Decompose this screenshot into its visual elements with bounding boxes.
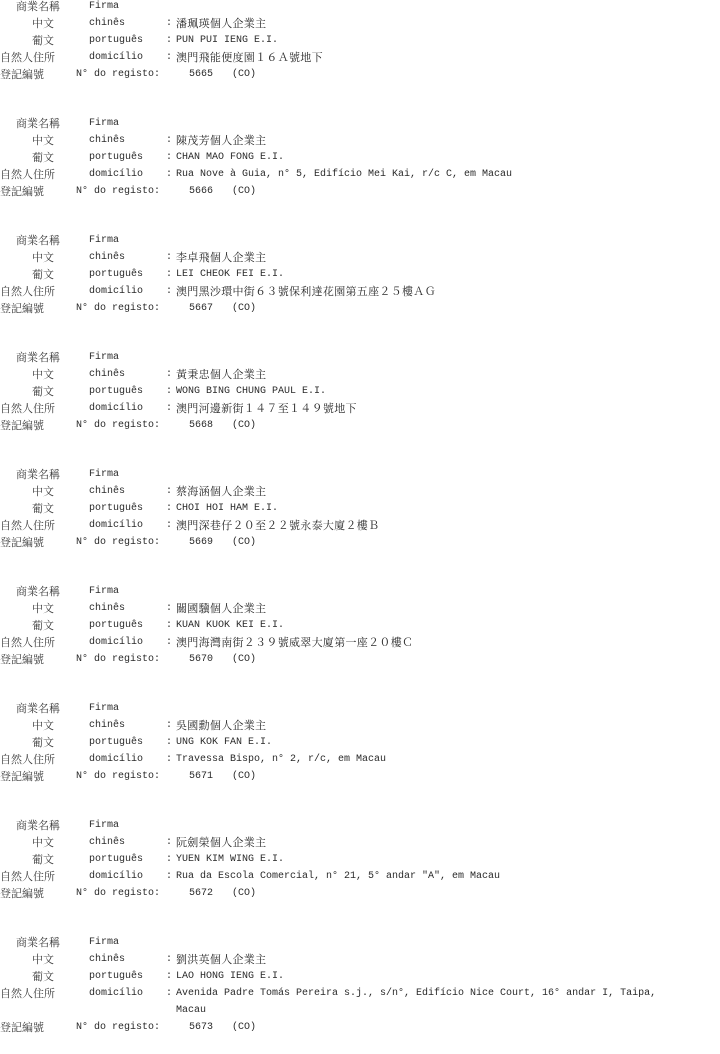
registration-row: 登記編號N° do registo:5666(CO)	[0, 185, 720, 202]
colon: :	[166, 285, 172, 299]
registration-label-zh: 登記編號	[0, 536, 44, 550]
registration-number: 5670	[189, 653, 213, 667]
domicile-label-pt: domicílio	[89, 402, 143, 416]
registration-label-pt: N° do registo:	[76, 653, 160, 667]
registration-suffix: (CO)	[232, 536, 256, 550]
firma-label-pt: Firma	[89, 234, 119, 248]
chinese-label-zh: 中文	[32, 719, 54, 733]
colon: :	[166, 602, 172, 616]
domicile-continuation-value: Macau	[176, 1004, 206, 1018]
registration-label-pt: N° do registo:	[76, 1021, 160, 1035]
registration-suffix: (CO)	[232, 653, 256, 667]
domicile-value: 澳門海灣南街２３９號威翠大廈第一座２０樓Ｃ	[176, 636, 413, 650]
portuguese-name-value: LEI CHEOK FEI E.I.	[176, 268, 284, 282]
portuguese-label-pt: português	[89, 268, 143, 282]
firma-label-pt: Firma	[89, 585, 119, 599]
chinese-name-value: 劉洪英個人企業主	[176, 953, 266, 967]
domicile-label-zh: 自然人住所	[0, 987, 55, 1001]
portuguese-name-value: KUAN KUOK KEI E.I.	[176, 619, 284, 633]
portuguese-label-pt: português	[89, 736, 143, 750]
registration-suffix: (CO)	[232, 770, 256, 784]
chinese-name-value: 蔡海涵個人企業主	[176, 485, 266, 499]
chinese-label-zh: 中文	[32, 134, 54, 148]
registration-number: 5672	[189, 887, 213, 901]
colon: :	[166, 619, 172, 633]
domicile-row: 自然人住所domicílio:Rua Nove à Guia, n° 5, Ed…	[0, 168, 720, 185]
domicile-row: 自然人住所domicílio:Avenida Padre Tomás Perei…	[0, 987, 720, 1004]
registration-label-zh: 登記編號	[0, 185, 44, 199]
chinese-label-pt: chinês	[89, 368, 125, 382]
firma-row: 商業名稱Firma	[0, 468, 720, 485]
portuguese-name-row: 葡文português:CHOI HOI HAM E.I.	[0, 502, 720, 519]
registration-label-zh: 登記編號	[0, 302, 44, 316]
registration-number: 5665	[189, 68, 213, 82]
portuguese-label-pt: português	[89, 619, 143, 633]
chinese-name-value: 關國驥個人企業主	[176, 602, 266, 616]
chinese-label-pt: chinês	[89, 251, 125, 265]
registration-label-pt: N° do registo:	[76, 887, 160, 901]
firma-row: 商業名稱Firma	[0, 117, 720, 134]
domicile-label-zh: 自然人住所	[0, 51, 55, 65]
portuguese-label-pt: português	[89, 502, 143, 516]
registration-row: 登記編號N° do registo:5669(CO)	[0, 536, 720, 553]
chinese-name-row: 中文chinês:阮劍榮個人企業主	[0, 836, 720, 853]
portuguese-name-row: 葡文português:KUAN KUOK KEI E.I.	[0, 619, 720, 636]
firma-label-pt: Firma	[89, 819, 119, 833]
firma-label-zh: 商業名稱	[16, 819, 60, 833]
domicile-value: Avenida Padre Tomás Pereira s.j., s/n°, …	[176, 987, 656, 1001]
registration-row: 登記編號N° do registo:5670(CO)	[0, 653, 720, 670]
registration-label-pt: N° do registo:	[76, 185, 160, 199]
domicile-value: Travessa Bispo, n° 2, r/c, em Macau	[176, 753, 386, 767]
chinese-label-zh: 中文	[32, 251, 54, 265]
colon: :	[166, 168, 172, 182]
registration-suffix: (CO)	[232, 1021, 256, 1035]
colon: :	[166, 402, 172, 416]
registration-suffix: (CO)	[232, 419, 256, 433]
domicile-value: Rua da Escola Comercial, n° 21, 5° andar…	[176, 870, 500, 884]
firma-label-pt: Firma	[89, 702, 119, 716]
domicile-continuation-row: Macau	[0, 1004, 720, 1021]
chinese-label-zh: 中文	[32, 485, 54, 499]
portuguese-name-row: 葡文português:UNG KOK FAN E.I.	[0, 736, 720, 753]
chinese-label-zh: 中文	[32, 368, 54, 382]
firma-row: 商業名稱Firma	[0, 0, 720, 17]
chinese-name-value: 陳茂芳個人企業主	[176, 134, 266, 148]
colon: :	[166, 636, 172, 650]
registration-row: 登記編號N° do registo:5671(CO)	[0, 770, 720, 787]
chinese-name-row: 中文chinês:關國驥個人企業主	[0, 602, 720, 619]
chinese-name-row: 中文chinês:陳茂芳個人企業主	[0, 134, 720, 151]
domicile-value: 澳門飛能便度園１６Ａ號地下	[176, 51, 323, 65]
colon: :	[166, 719, 172, 733]
domicile-label-zh: 自然人住所	[0, 402, 55, 416]
colon: :	[166, 502, 172, 516]
registration-number: 5667	[189, 302, 213, 316]
firma-label-zh: 商業名稱	[16, 0, 60, 14]
domicile-value: 澳門深巷仔２０至２２號永泰大廈２樓Ｂ	[176, 519, 379, 533]
portuguese-label-pt: português	[89, 151, 143, 165]
portuguese-name-value: WONG BING CHUNG PAUL E.I.	[176, 385, 326, 399]
domicile-label-pt: domicílio	[89, 51, 143, 65]
portuguese-label-pt: português	[89, 970, 143, 984]
firma-label-pt: Firma	[89, 936, 119, 950]
registration-label-zh: 登記編號	[0, 887, 44, 901]
domicile-label-zh: 自然人住所	[0, 168, 55, 182]
portuguese-label-zh: 葡文	[32, 970, 54, 984]
registration-row: 登記編號N° do registo:5667(CO)	[0, 302, 720, 319]
domicile-label-pt: domicílio	[89, 168, 143, 182]
chinese-label-pt: chinês	[89, 17, 125, 31]
firma-row: 商業名稱Firma	[0, 234, 720, 251]
domicile-label-zh: 自然人住所	[0, 519, 55, 533]
firma-row: 商業名稱Firma	[0, 936, 720, 953]
domicile-label-zh: 自然人住所	[0, 753, 55, 767]
chinese-label-pt: chinês	[89, 134, 125, 148]
colon: :	[166, 485, 172, 499]
registration-row: 登記編號N° do registo:5673(CO)	[0, 1021, 720, 1038]
chinese-label-pt: chinês	[89, 719, 125, 733]
colon: :	[166, 134, 172, 148]
firma-label-zh: 商業名稱	[16, 936, 60, 950]
domicile-row: 自然人住所domicílio:澳門黑沙環中街６３號保利達花園第五座２５樓ＡＧ	[0, 285, 720, 302]
registration-label-zh: 登記編號	[0, 653, 44, 667]
portuguese-label-zh: 葡文	[32, 502, 54, 516]
registration-label-zh: 登記編號	[0, 68, 44, 82]
portuguese-label-zh: 葡文	[32, 385, 54, 399]
registration-label-pt: N° do registo:	[76, 536, 160, 550]
chinese-name-value: 吳國勳個人企業主	[176, 719, 266, 733]
portuguese-name-row: 葡文português:WONG BING CHUNG PAUL E.I.	[0, 385, 720, 402]
firma-label-zh: 商業名稱	[16, 702, 60, 716]
portuguese-label-pt: português	[89, 853, 143, 867]
registration-label-zh: 登記編號	[0, 1021, 44, 1035]
domicile-row: 自然人住所domicílio:Rua da Escola Comercial, …	[0, 870, 720, 887]
portuguese-name-value: CHAN MAO FONG E.I.	[176, 151, 284, 165]
registration-suffix: (CO)	[232, 887, 256, 901]
portuguese-label-zh: 葡文	[32, 853, 54, 867]
registration-label-pt: N° do registo:	[76, 419, 160, 433]
colon: :	[166, 34, 172, 48]
firma-label-zh: 商業名稱	[16, 234, 60, 248]
registration-number: 5666	[189, 185, 213, 199]
portuguese-name-row: 葡文português:YUEN KIM WING E.I.	[0, 853, 720, 870]
firma-row: 商業名稱Firma	[0, 351, 720, 368]
chinese-name-row: 中文chinês:吳國勳個人企業主	[0, 719, 720, 736]
chinese-name-row: 中文chinês:黃秉忠個人企業主	[0, 368, 720, 385]
chinese-name-value: 黃秉忠個人企業主	[176, 368, 266, 382]
portuguese-label-zh: 葡文	[32, 619, 54, 633]
portuguese-label-pt: português	[89, 34, 143, 48]
firma-row: 商業名稱Firma	[0, 702, 720, 719]
firma-label-zh: 商業名稱	[16, 351, 60, 365]
domicile-row: 自然人住所domicílio:Travessa Bispo, n° 2, r/c…	[0, 753, 720, 770]
firma-label-zh: 商業名稱	[16, 585, 60, 599]
portuguese-name-value: LAO HONG IENG E.I.	[176, 970, 284, 984]
chinese-name-value: 阮劍榮個人企業主	[176, 836, 266, 850]
colon: :	[166, 151, 172, 165]
domicile-value: 澳門河邊新街１４７至１４９號地下	[176, 402, 357, 416]
domicile-label-pt: domicílio	[89, 285, 143, 299]
registration-number: 5671	[189, 770, 213, 784]
colon: :	[166, 987, 172, 1001]
colon: :	[166, 870, 172, 884]
portuguese-name-value: UNG KOK FAN E.I.	[176, 736, 272, 750]
colon: :	[166, 519, 172, 533]
colon: :	[166, 51, 172, 65]
registration-row: 登記編號N° do registo:5665(CO)	[0, 68, 720, 85]
portuguese-name-value: CHOI HOI HAM E.I.	[176, 502, 278, 516]
domicile-label-pt: domicílio	[89, 753, 143, 767]
colon: :	[166, 251, 172, 265]
domicile-label-zh: 自然人住所	[0, 636, 55, 650]
domicile-label-pt: domicílio	[89, 519, 143, 533]
portuguese-label-zh: 葡文	[32, 34, 54, 48]
chinese-name-row: 中文chinês:李卓飛個人企業主	[0, 251, 720, 268]
domicile-label-pt: domicílio	[89, 636, 143, 650]
colon: :	[166, 970, 172, 984]
chinese-label-zh: 中文	[32, 953, 54, 967]
registration-suffix: (CO)	[232, 185, 256, 199]
chinese-name-value: 潘珮瑛個人企業主	[176, 17, 266, 31]
chinese-label-zh: 中文	[32, 17, 54, 31]
registration-suffix: (CO)	[232, 68, 256, 82]
domicile-value: Rua Nove à Guia, n° 5, Edifício Mei Kai,…	[176, 168, 512, 182]
domicile-label-pt: domicílio	[89, 987, 143, 1001]
chinese-label-zh: 中文	[32, 602, 54, 616]
chinese-name-row: 中文chinês:潘珮瑛個人企業主	[0, 17, 720, 34]
domicile-label-pt: domicílio	[89, 870, 143, 884]
registration-suffix: (CO)	[232, 302, 256, 316]
registration-label-zh: 登記編號	[0, 770, 44, 784]
colon: :	[166, 736, 172, 750]
domicile-label-zh: 自然人住所	[0, 870, 55, 884]
chinese-name-row: 中文chinês:劉洪英個人企業主	[0, 953, 720, 970]
portuguese-name-value: YUEN KIM WING E.I.	[176, 853, 284, 867]
colon: :	[166, 368, 172, 382]
colon: :	[166, 953, 172, 967]
colon: :	[166, 853, 172, 867]
firma-label-pt: Firma	[89, 351, 119, 365]
colon: :	[166, 385, 172, 399]
domicile-row: 自然人住所domicílio:澳門河邊新街１４７至１４９號地下	[0, 402, 720, 419]
registration-row: 登記編號N° do registo:5668(CO)	[0, 419, 720, 436]
registration-number: 5668	[189, 419, 213, 433]
chinese-name-value: 李卓飛個人企業主	[176, 251, 266, 265]
portuguese-name-row: 葡文português:LAO HONG IENG E.I.	[0, 970, 720, 987]
registration-row: 登記編號N° do registo:5672(CO)	[0, 887, 720, 904]
chinese-label-pt: chinês	[89, 953, 125, 967]
domicile-row: 自然人住所domicílio:澳門深巷仔２０至２２號永泰大廈２樓Ｂ	[0, 519, 720, 536]
registration-label-zh: 登記編號	[0, 419, 44, 433]
colon: :	[166, 17, 172, 31]
portuguese-label-pt: português	[89, 385, 143, 399]
colon: :	[166, 836, 172, 850]
registration-label-pt: N° do registo:	[76, 68, 160, 82]
chinese-label-pt: chinês	[89, 602, 125, 616]
firma-label-pt: Firma	[89, 468, 119, 482]
chinese-label-pt: chinês	[89, 836, 125, 850]
portuguese-label-zh: 葡文	[32, 736, 54, 750]
firma-row: 商業名稱Firma	[0, 819, 720, 836]
portuguese-name-value: PUN PUI IENG E.I.	[176, 34, 278, 48]
chinese-label-zh: 中文	[32, 836, 54, 850]
portuguese-label-zh: 葡文	[32, 268, 54, 282]
registration-label-pt: N° do registo:	[76, 302, 160, 316]
domicile-row: 自然人住所domicílio:澳門海灣南街２３９號威翠大廈第一座２０樓Ｃ	[0, 636, 720, 653]
firma-row: 商業名稱Firma	[0, 585, 720, 602]
firma-label-pt: Firma	[89, 0, 119, 14]
chinese-label-pt: chinês	[89, 485, 125, 499]
firma-label-pt: Firma	[89, 117, 119, 131]
portuguese-name-row: 葡文português:LEI CHEOK FEI E.I.	[0, 268, 720, 285]
registration-label-pt: N° do registo:	[76, 770, 160, 784]
domicile-label-zh: 自然人住所	[0, 285, 55, 299]
colon: :	[166, 753, 172, 767]
firma-label-zh: 商業名稱	[16, 468, 60, 482]
colon: :	[166, 268, 172, 282]
chinese-name-row: 中文chinês:蔡海涵個人企業主	[0, 485, 720, 502]
domicile-value: 澳門黑沙環中街６３號保利達花園第五座２５樓ＡＧ	[176, 285, 436, 299]
registration-number: 5669	[189, 536, 213, 550]
portuguese-name-row: 葡文português:PUN PUI IENG E.I.	[0, 34, 720, 51]
portuguese-name-row: 葡文português:CHAN MAO FONG E.I.	[0, 151, 720, 168]
portuguese-label-zh: 葡文	[32, 151, 54, 165]
firma-label-zh: 商業名稱	[16, 117, 60, 131]
registration-number: 5673	[189, 1021, 213, 1035]
domicile-row: 自然人住所domicílio:澳門飛能便度園１６Ａ號地下	[0, 51, 720, 68]
